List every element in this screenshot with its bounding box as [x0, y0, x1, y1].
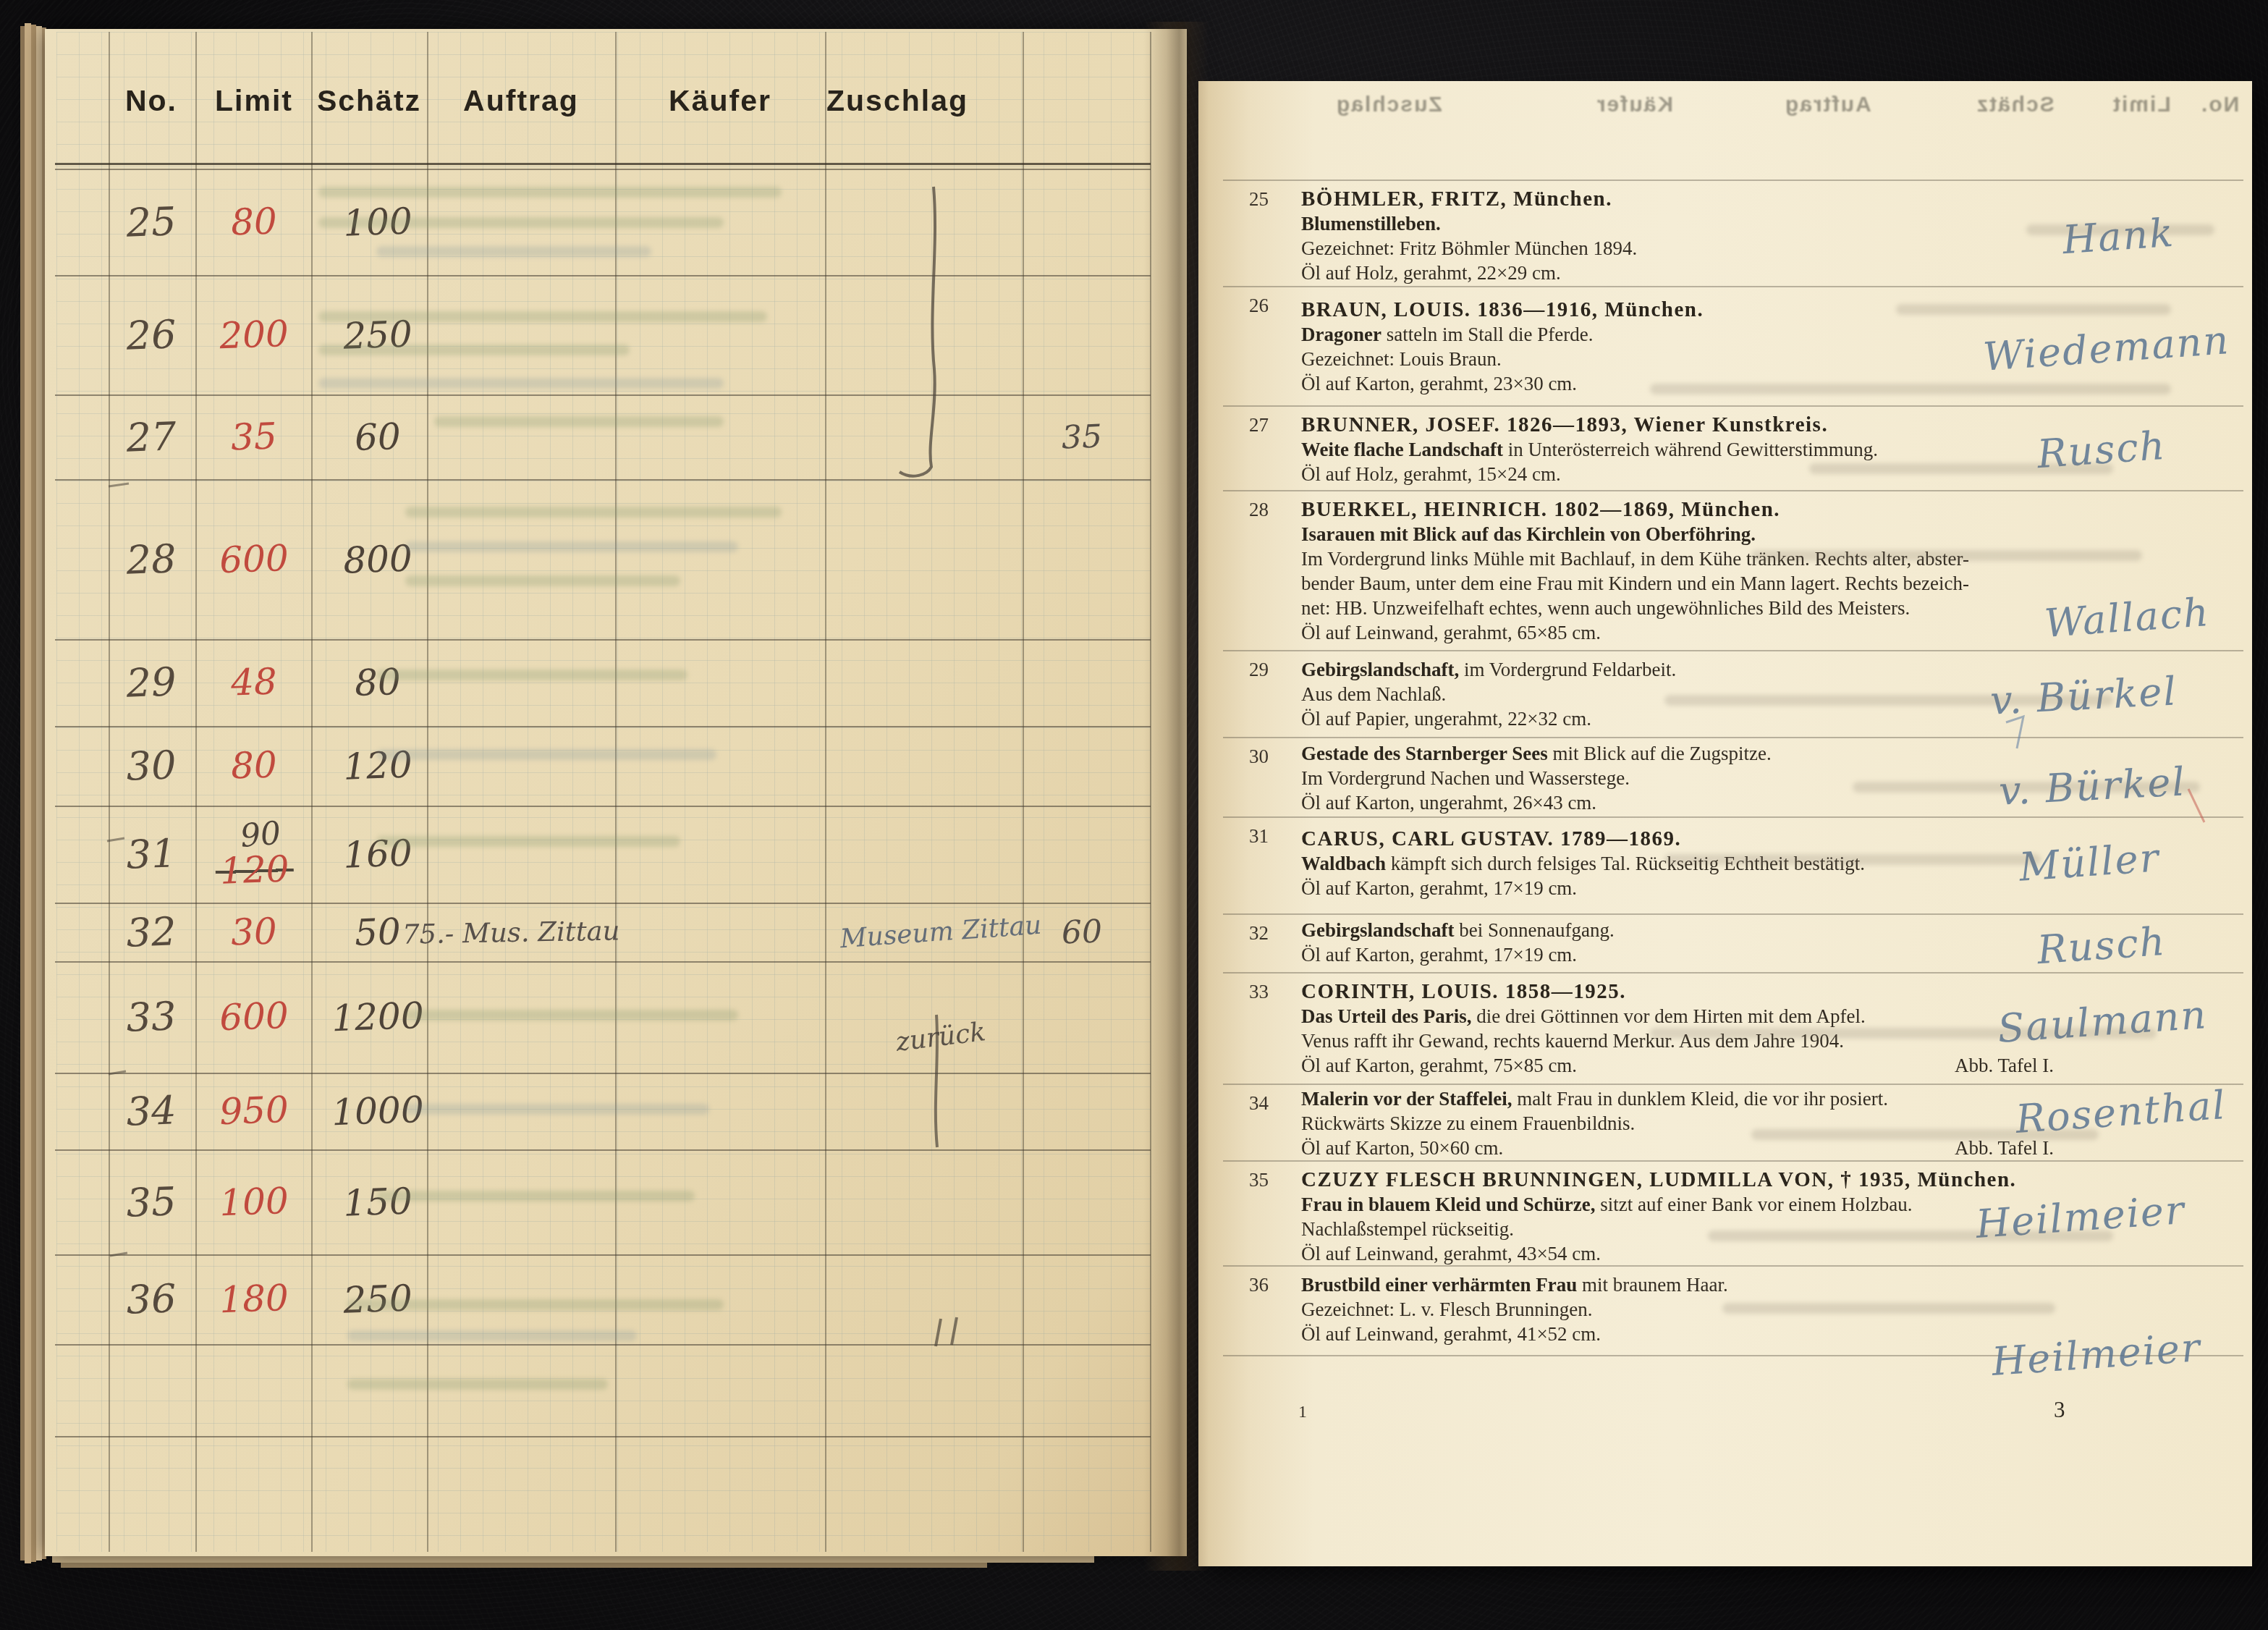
margin-tick — [107, 838, 124, 841]
ditto-tick — [952, 1317, 957, 1345]
auction-ledger-book-scan: No. Limit Schätz Auftrag Käufer Zuschlag… — [0, 0, 2268, 1630]
ditto-stroke — [936, 1015, 937, 1147]
margin-tick — [109, 483, 129, 486]
margin-tick — [109, 1071, 126, 1074]
pencil-marks-overlay — [0, 0, 2268, 1630]
ditto-stroke — [900, 187, 935, 476]
ditto-tick — [936, 1319, 941, 1346]
red-tick-mark — [2188, 789, 2204, 822]
blue-check-mark — [2006, 717, 2023, 748]
margin-tick — [110, 1253, 127, 1256]
